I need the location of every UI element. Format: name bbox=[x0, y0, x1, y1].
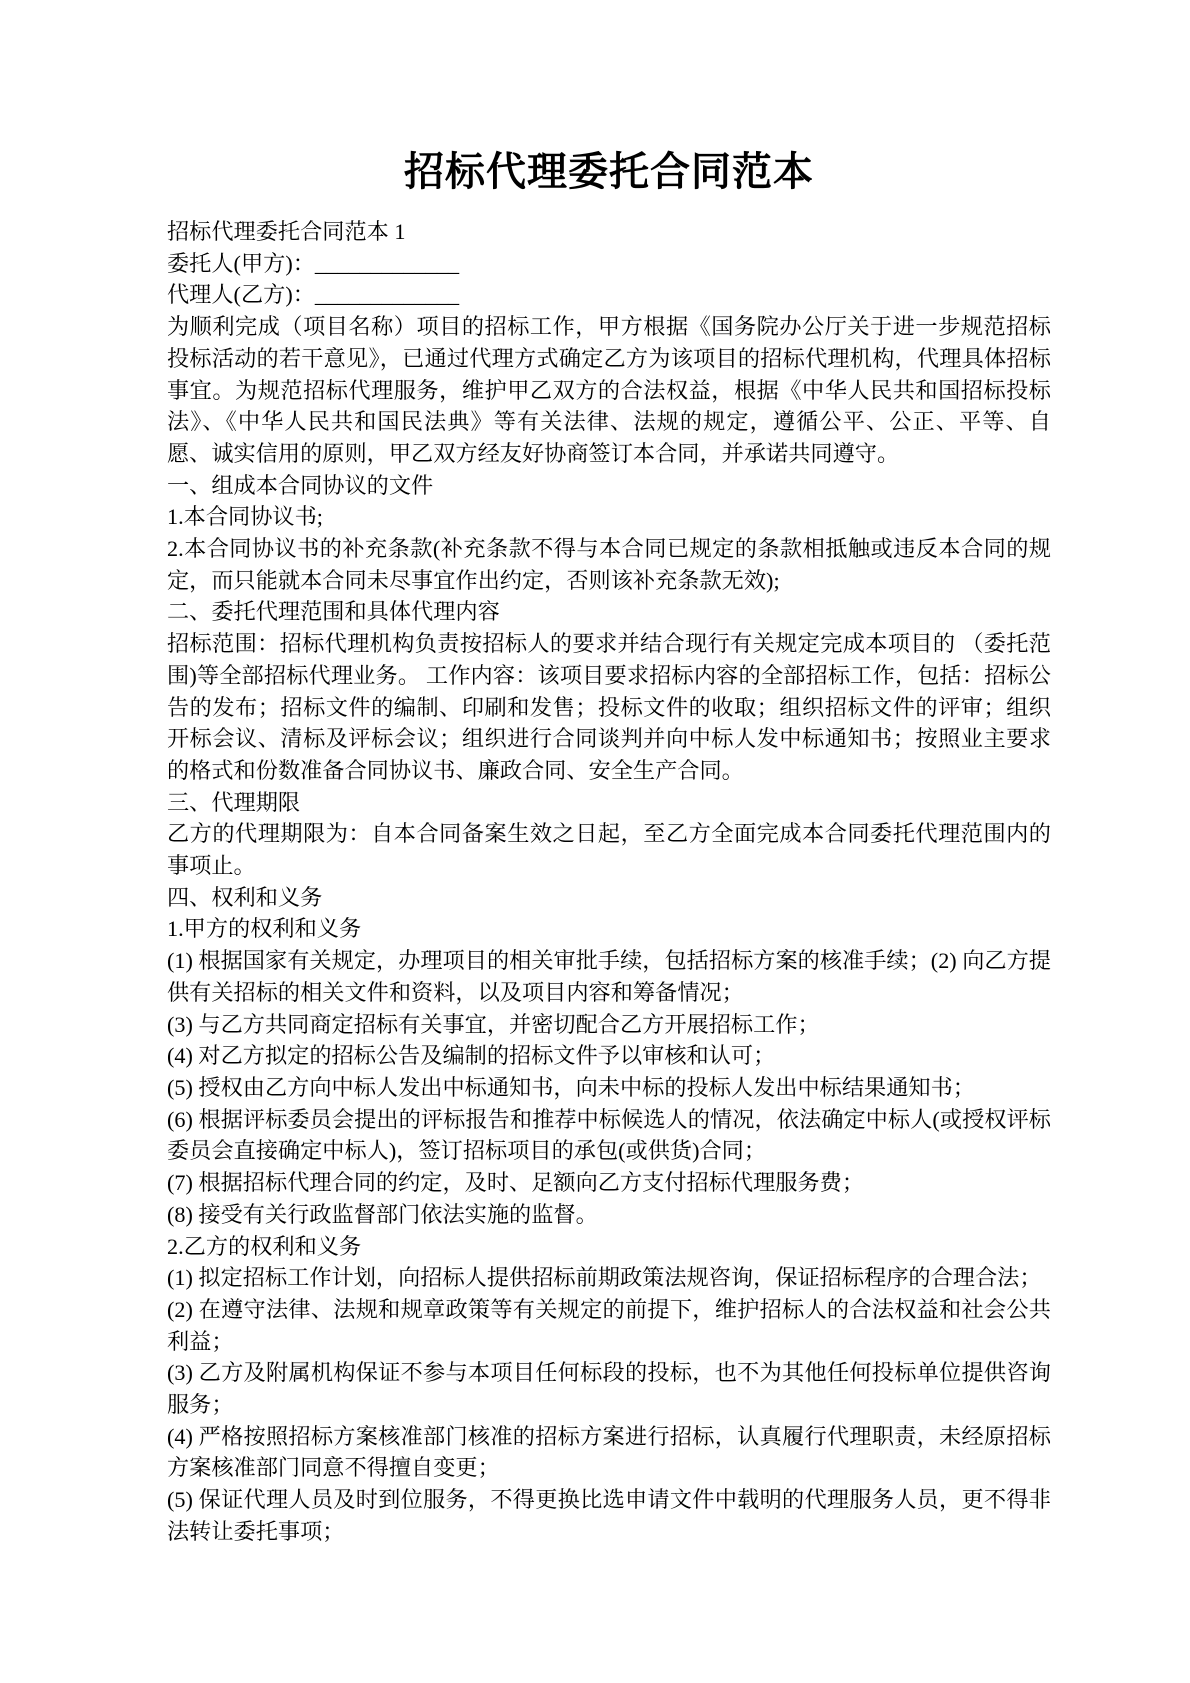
party-a-clause-8: (8) 接受有关行政监督部门依法实施的监督。 bbox=[167, 1199, 1051, 1231]
party-b-rights-heading: 2.乙方的权利和义务 bbox=[167, 1231, 1051, 1263]
party-a-clause-5: (5) 授权由乙方向中标人发出中标通知书，向未中标的投标人发出中标结果通知书； bbox=[167, 1072, 1051, 1104]
section-2-scope-paragraph: 招标范围：招标代理机构负责按招标人的要求并结合现行有关规定完成本项目的 （委托范… bbox=[167, 628, 1051, 787]
party-b-blank-line: _____________ bbox=[315, 282, 459, 307]
party-a-clause-4: (4) 对乙方拟定的招标公告及编制的招标文件予以审核和认可； bbox=[167, 1040, 1051, 1072]
document-body: 招标代理委托合同范本 1 委托人(甲方)：_____________ 代理人(乙… bbox=[167, 216, 1051, 1548]
party-b-clause-2: (2) 在遵守法律、法规和规章政策等有关规定的前提下，维护招标人的合法权益和社会… bbox=[167, 1294, 1051, 1357]
party-a-clause-3: (3) 与乙方共同商定招标有关事宜，并密切配合乙方开展招标工作； bbox=[167, 1009, 1051, 1041]
section-1-item-1: 1.本合同协议书; bbox=[167, 501, 1051, 533]
party-b-clause-5: (5) 保证代理人员及时到位服务，不得更换比选申请文件中载明的代理服务人员，更不… bbox=[167, 1484, 1051, 1547]
party-b-clause-1: (1) 拟定招标工作计划，向招标人提供招标前期政策法规咨询，保证招标程序的合理合… bbox=[167, 1262, 1051, 1294]
document-title: 招标代理委托合同范本 bbox=[167, 148, 1051, 196]
section-1-item-2: 2.本合同协议书的补充条款(补充条款不得与本合同已规定的条款相抵触或违反本合同的… bbox=[167, 533, 1051, 596]
party-a-label: 委托人(甲方)： bbox=[167, 251, 315, 276]
document-page: 招标代理委托合同范本 招标代理委托合同范本 1 委托人(甲方)：________… bbox=[0, 0, 1190, 1683]
section-1-heading: 一、组成本合同协议的文件 bbox=[167, 470, 1051, 502]
section-3-heading: 三、代理期限 bbox=[167, 787, 1051, 819]
party-a-rights-heading: 1.甲方的权利和义务 bbox=[167, 913, 1051, 945]
intro-paragraph: 为顺利完成（项目名称）项目的招标工作，甲方根据《国务院办公厅关于进一步规范招标投… bbox=[167, 311, 1051, 470]
party-b-clause-4: (4) 严格按照招标方案核准部门核准的招标方案进行招标，认真履行代理职责，未经原… bbox=[167, 1421, 1051, 1484]
party-a-clause-1-2: (1) 根据国家有关规定，办理项目的相关审批手续，包括招标方案的核准手续；(2)… bbox=[167, 945, 1051, 1008]
party-a-line: 委托人(甲方)：_____________ bbox=[167, 248, 1051, 280]
party-a-blank-line: _____________ bbox=[315, 251, 459, 276]
party-b-label: 代理人(乙方)： bbox=[167, 282, 315, 307]
section-4-heading: 四、权利和义务 bbox=[167, 882, 1051, 914]
party-a-clause-6: (6) 根据评标委员会提出的评标报告和推荐中标候选人的情况，依法确定中标人(或授… bbox=[167, 1104, 1051, 1167]
section-3-term-paragraph: 乙方的代理期限为：自本合同备案生效之日起，至乙方全面完成本合同委托代理范围内的事… bbox=[167, 818, 1051, 881]
document-content: 招标代理委托合同范本 招标代理委托合同范本 1 委托人(甲方)：________… bbox=[167, 148, 1051, 1548]
document-subtitle: 招标代理委托合同范本 1 bbox=[167, 216, 1051, 248]
party-b-clause-3: (3) 乙方及附属机构保证不参与本项目任何标段的投标，也不为其他任何投标单位提供… bbox=[167, 1357, 1051, 1420]
party-b-line: 代理人(乙方)：_____________ bbox=[167, 279, 1051, 311]
party-a-clause-7: (7) 根据招标代理合同的约定，及时、足额向乙方支付招标代理服务费； bbox=[167, 1167, 1051, 1199]
section-2-heading: 二、委托代理范围和具体代理内容 bbox=[167, 596, 1051, 628]
